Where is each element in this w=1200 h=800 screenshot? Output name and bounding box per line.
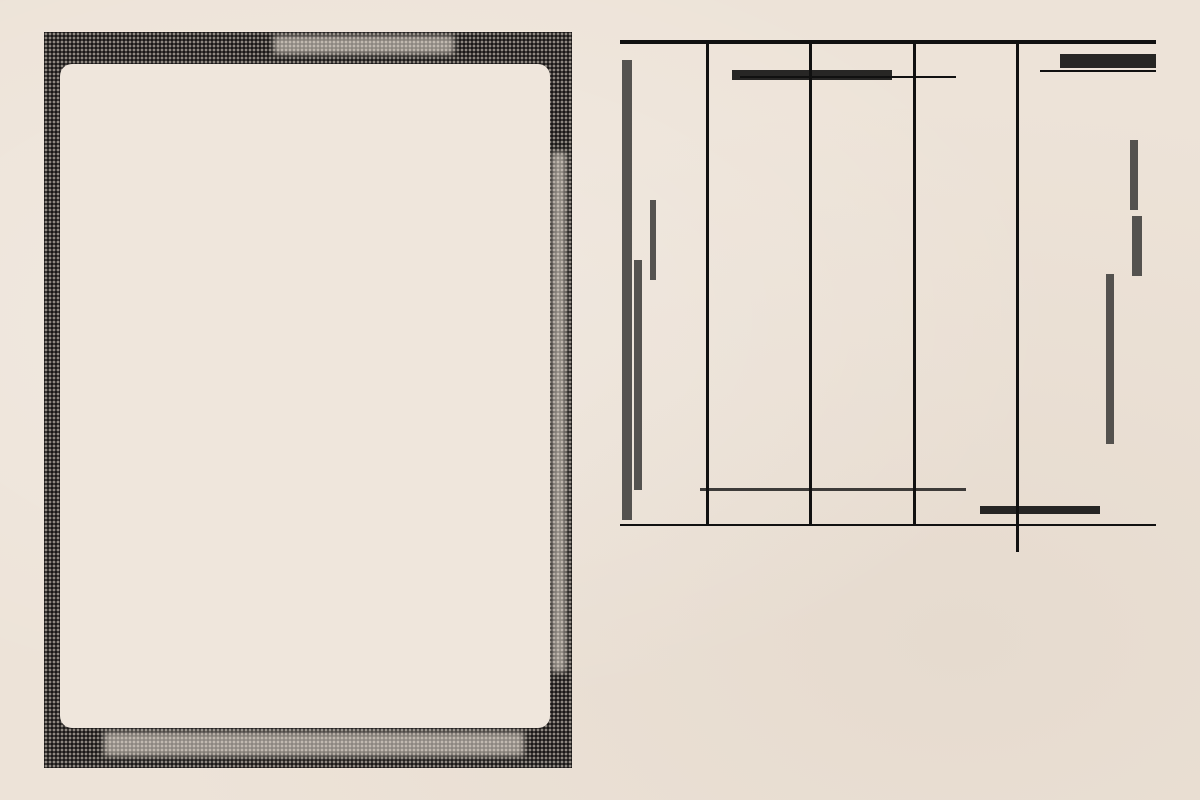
table-bottom-rule [620,524,1156,526]
distressed-right-edge [1106,274,1114,444]
table-column-divider [913,40,916,524]
table-column-divider [706,40,709,524]
halftone-photo-frame [44,32,572,768]
table-header-rule [1040,70,1156,72]
ink-smear [1060,54,1156,68]
ink-smear [980,506,1100,514]
frame-wear-right [552,152,566,672]
ink-smear [732,70,892,80]
grunge-ledger-table [620,40,1156,526]
table-top-rule [620,40,1156,44]
distressed-left-edge [622,60,632,520]
distressed-right-edge [1130,140,1138,210]
distressed-left-edge [634,260,642,490]
frame-wear-bottom [104,732,524,756]
table-footer-rule [700,488,966,491]
distressed-right-edge [1132,216,1142,276]
distressed-left-edge [650,200,656,280]
frame-wear-top [274,36,454,54]
table-column-divider [1016,40,1019,552]
table-column-divider [809,40,812,524]
frame-inner-area [60,64,550,728]
